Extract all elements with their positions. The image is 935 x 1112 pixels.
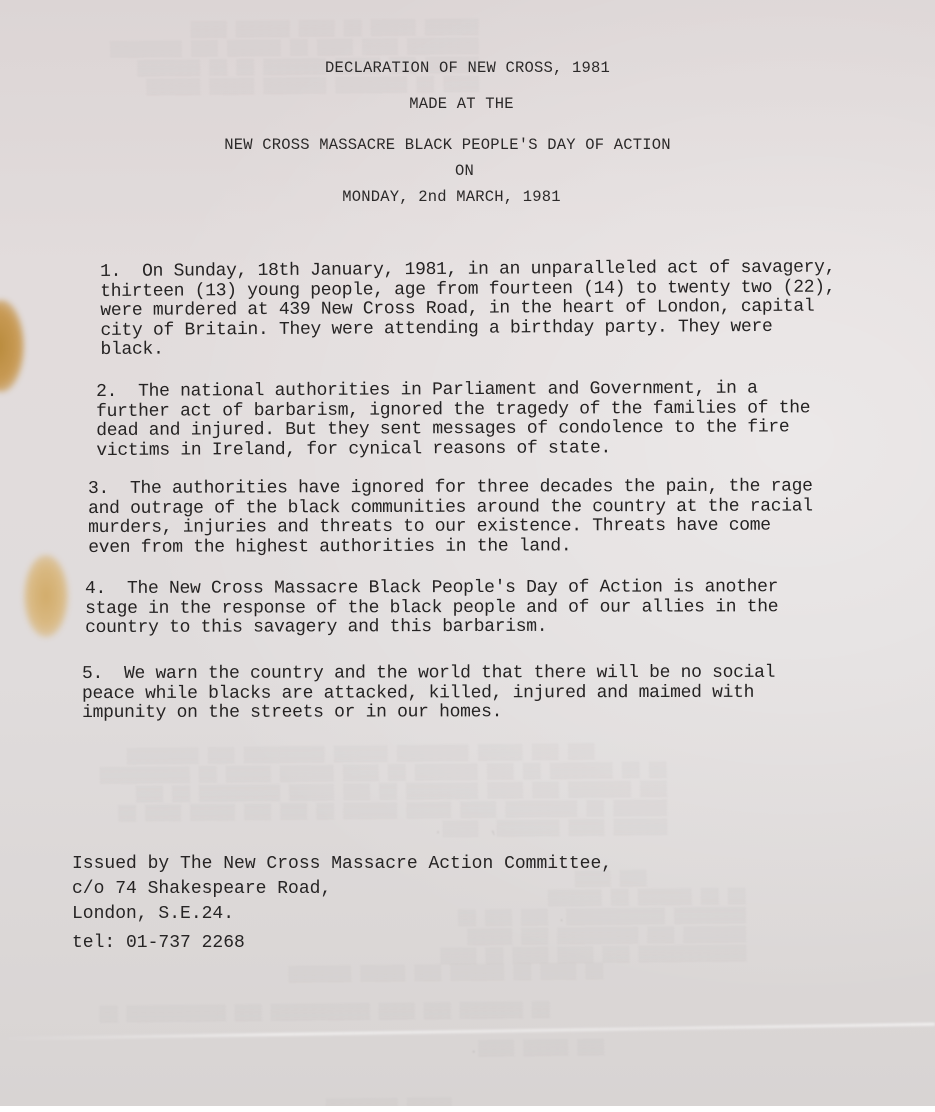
declaration-paragraph-2: 2. The national authorities in Parliamen… <box>96 379 811 461</box>
declaration-paragraph-3: 3. The authorities have ignored for thre… <box>88 477 813 558</box>
paragraph-line: peace while blacks are attacked, killed,… <box>82 683 775 704</box>
declaration-paragraph-5: 5. We warn the country and the world tha… <box>82 664 775 724</box>
paragraph-line: victims in Ireland, for cynical reasons … <box>96 438 810 461</box>
header-line-event: NEW CROSS MASSACRE BLACK PEOPLE'S DAY OF… <box>0 136 915 154</box>
issuer-address-line: c/o 74 Shakespeare Road, <box>72 877 612 902</box>
paragraph-line: murders, injuries and threats to our exi… <box>88 517 813 539</box>
issuer-line: Issued by The New Cross Massacre Action … <box>72 852 612 877</box>
stain-mark <box>0 300 24 392</box>
paragraph-line: 4. The New Cross Massacre Black People's… <box>85 578 778 599</box>
document-title: DECLARATION OF NEW CROSS, 1981 <box>0 59 935 77</box>
stain-mark <box>24 555 68 637</box>
declaration-paragraph-4: 4. The New Cross Massacre Black People's… <box>85 578 778 639</box>
paper-page: ▒▒▒▒▒▒ ▒▒▒▒▒ ▒▒ ▒▒▒▒ ▒▒▒▒▒▒ ▒▒▒▒ ▒▒▒▒▒▒▒… <box>0 0 935 1106</box>
issuer-city-line: London, S.E.24. <box>72 902 612 927</box>
header-line-on: ON <box>0 162 932 180</box>
paragraph-line: stage in the response of the black peopl… <box>85 598 778 619</box>
header-line-made-at: MADE AT THE <box>0 95 929 113</box>
paragraph-line: even from the highest authorities in the… <box>88 536 813 558</box>
show-through-texture: ▒▒▒▒▒▒ ▒▒▒▒▒ ▒▒ ▒▒▒▒ ▒▒▒▒▒▒ ▒▒▒▒ ▒▒▒▒▒▒▒… <box>110 18 480 98</box>
header-line-date: MONDAY, 2nd MARCH, 1981 <box>0 188 919 206</box>
issuer-telephone: tel: 01-737 2268 <box>72 933 245 953</box>
show-through-texture: ▒▒▒ ▒▒▒ ▒▒▒▒▒ ▒▒▒▒▒▒▒▒ ▒▒▒▒▒▒ ▒▒▒▒▒▒▒▒▒ … <box>100 742 668 843</box>
paragraph-line: country to this savagery and this barbar… <box>85 617 778 638</box>
issuer-block: Issued by The New Cross Massacre Action … <box>72 852 612 927</box>
paragraph-line: 5. We warn the country and the world tha… <box>82 664 775 685</box>
paragraph-line: impunity on the streets or in our homes. <box>82 703 775 724</box>
declaration-paragraph-1: 1. On Sunday, 18th January, 1981, in an … <box>100 259 836 361</box>
paragraph-line: black. <box>100 337 835 361</box>
